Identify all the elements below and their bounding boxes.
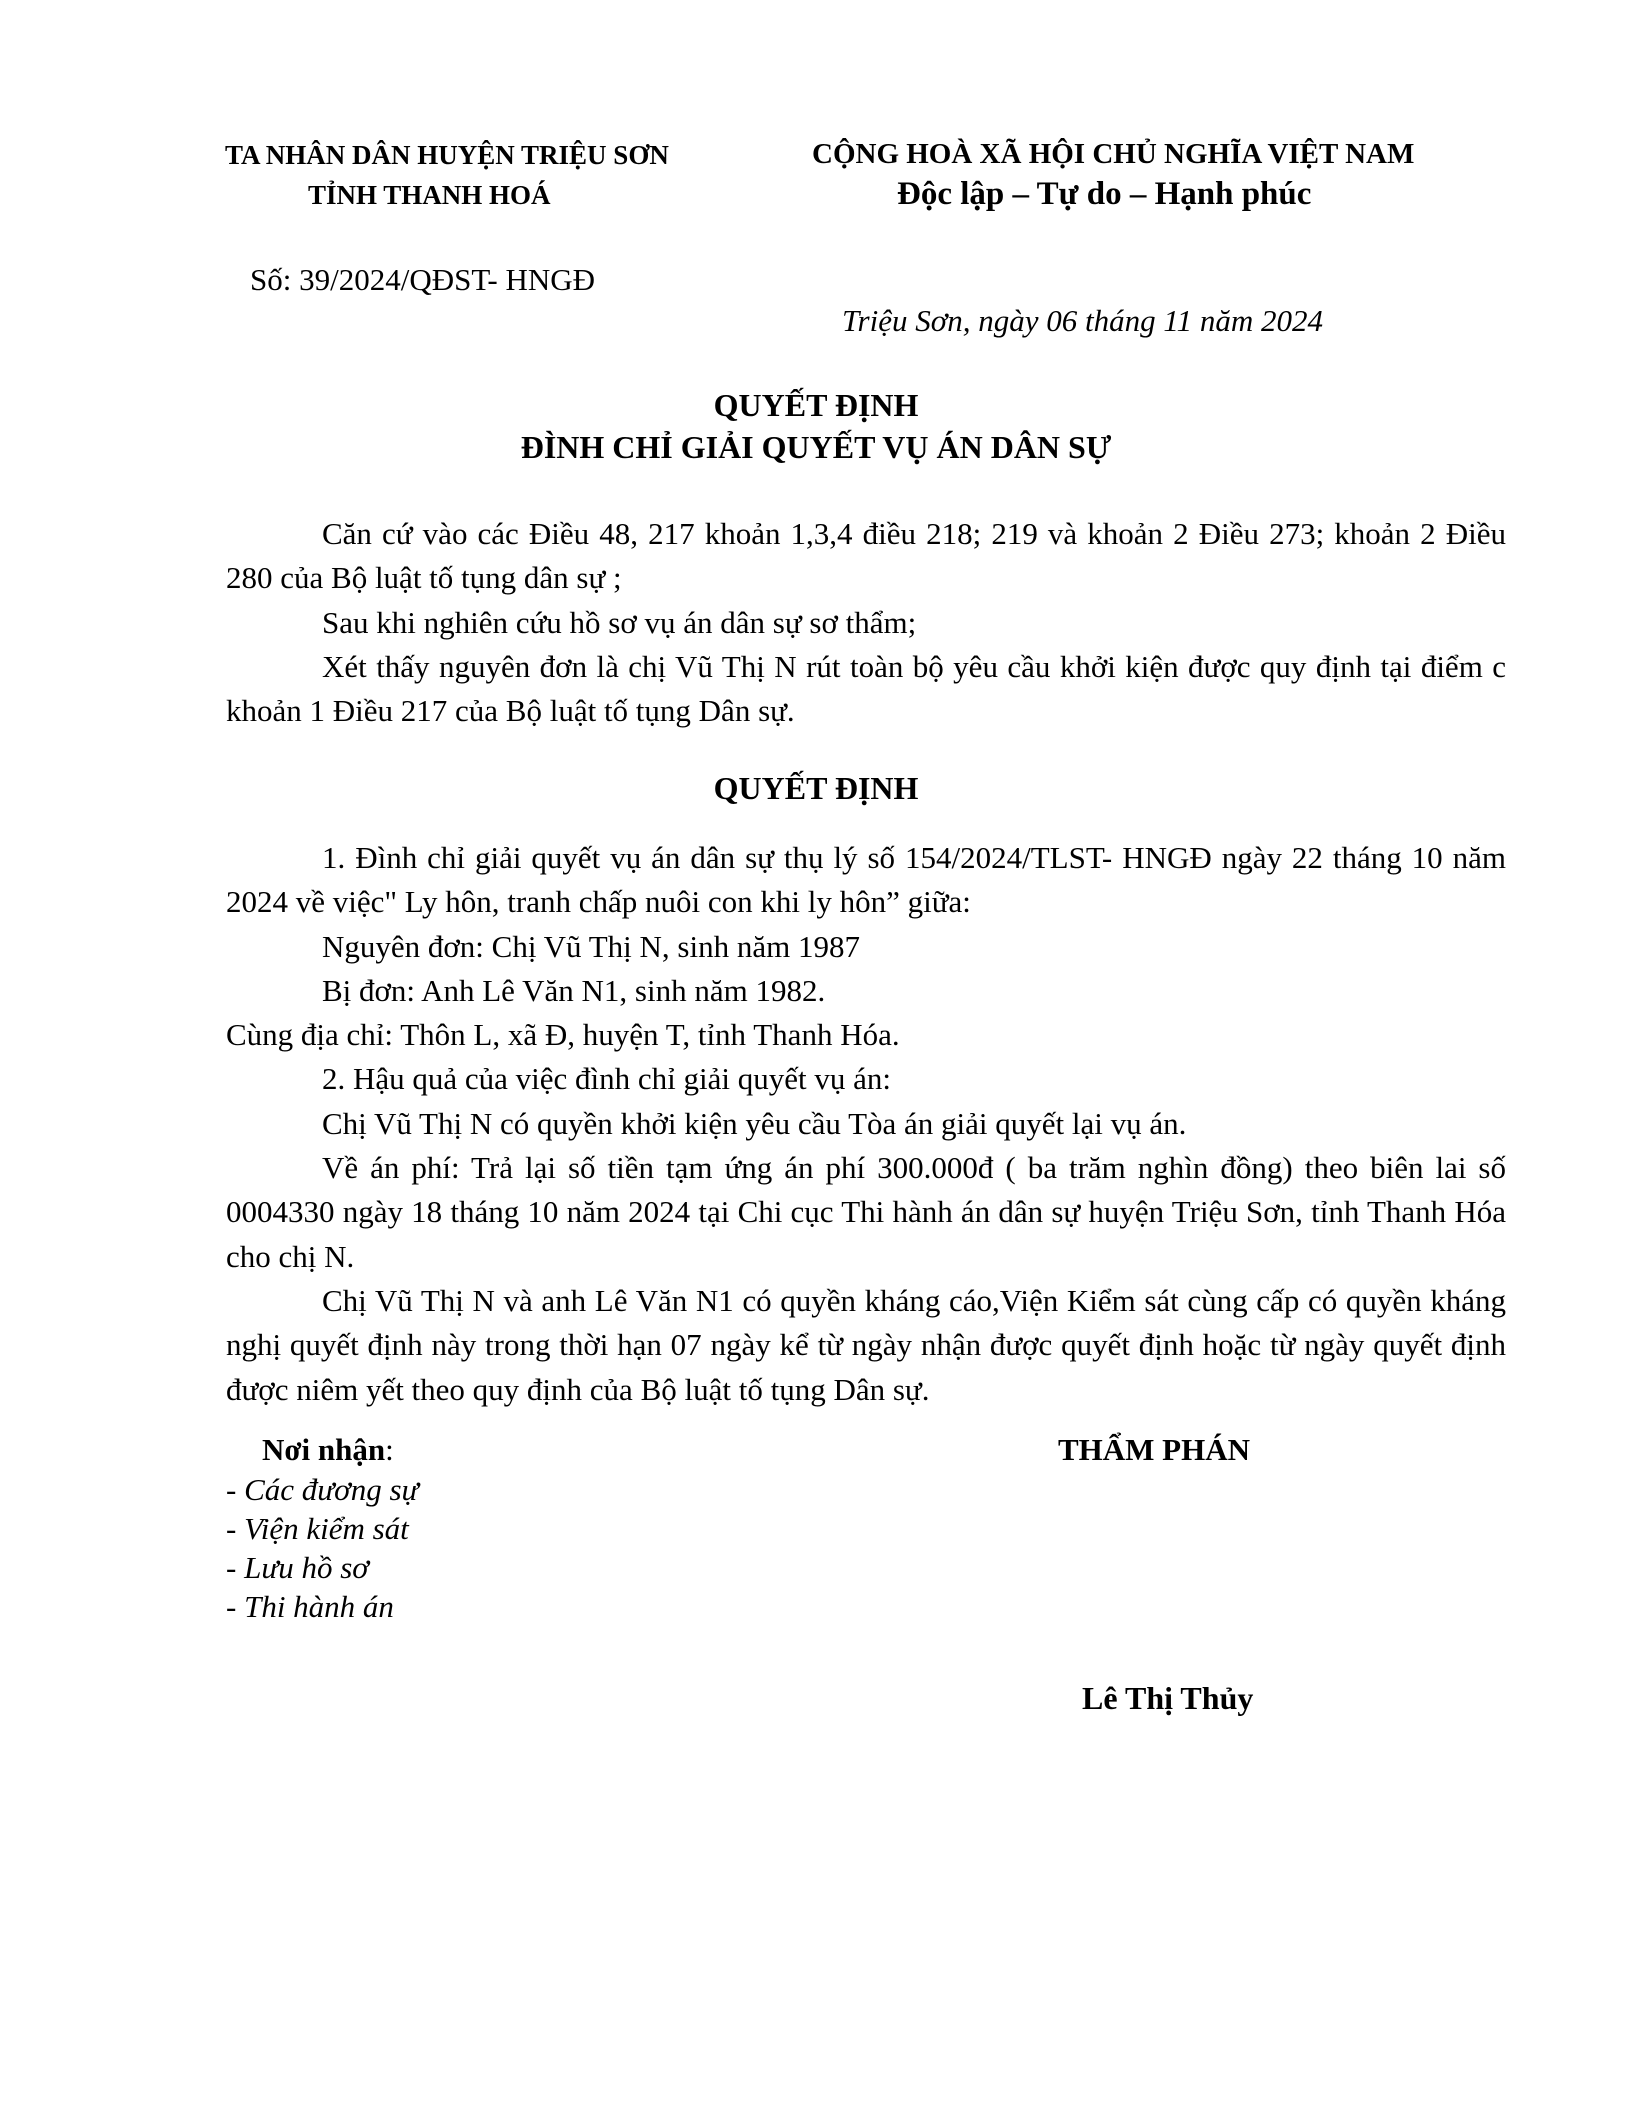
recipient-item: - Các đương sự [226, 1472, 418, 1508]
court-name: TA NHÂN DÂN HUYỆN TRIỆU SƠN [225, 140, 669, 171]
plaintiff: Nguyên đơn: Chị Vũ Thị N, sinh năm 1987 [226, 925, 1506, 969]
recipient-item: - Lưu hồ sơ [226, 1550, 369, 1586]
decision-heading: QUYẾT ĐỊNH [0, 770, 1632, 807]
court-province: TỈNH THANH HOÁ [308, 180, 551, 211]
preamble: Căn cứ vào các Điều 48, 217 khoản 1,3,4 … [226, 512, 1506, 733]
court-fee: Về án phí: Trả lại số tiền tạm ứng án ph… [226, 1146, 1506, 1279]
decision-body: 1. Đình chỉ giải quyết vụ án dân sự thụ … [226, 836, 1506, 1412]
document-title: QUYẾT ĐỊNH [0, 387, 1632, 424]
signer-name: Lê Thị Thủy [1082, 1680, 1253, 1717]
document-subtitle: ĐÌNH CHỈ GIẢI QUYẾT VỤ ÁN DÂN SỰ [0, 429, 1632, 466]
document-number: Số: 39/2024/QĐST- HNGĐ [250, 262, 595, 298]
recipient-item: - Viện kiểm sát [226, 1511, 409, 1547]
decision-item-1: 1. Đình chỉ giải quyết vụ án dân sự thụ … [226, 836, 1506, 925]
recipients-title: Nơi nhận: [262, 1432, 394, 1468]
preamble-finding: Xét thấy nguyên đơn là chị Vũ Thị N rút … [226, 645, 1506, 734]
nation-motto: Độc lập – Tự do – Hạnh phúc [897, 176, 1311, 213]
preamble-review: Sau khi nghiên cứu hồ sơ vụ án dân sự sơ… [226, 601, 1506, 645]
consequence: Chị Vũ Thị N có quyền khởi kiện yêu cầu … [226, 1102, 1506, 1146]
signature-role: THẨM PHÁN [1058, 1432, 1250, 1468]
preamble-legal-basis: Căn cứ vào các Điều 48, 217 khoản 1,3,4 … [226, 512, 1506, 601]
nation-name: CỘNG HOÀ XÃ HỘI CHỦ NGHĨA VIỆT NAM [812, 138, 1414, 171]
defendant: Bị đơn: Anh Lê Văn N1, sinh năm 1982. [226, 969, 1506, 1013]
decision-item-2: 2. Hậu quả của việc đình chỉ giải quyết … [226, 1057, 1506, 1101]
address: Cùng địa chỉ: Thôn L, xã Đ, huyện T, tỉn… [226, 1013, 1506, 1057]
recipient-item: - Thi hành án [226, 1589, 394, 1625]
place-date: Triệu Sơn, ngày 06 tháng 11 năm 2024 [842, 303, 1323, 339]
appeal-rights: Chị Vũ Thị N và anh Lê Văn N1 có quyền k… [226, 1279, 1506, 1412]
